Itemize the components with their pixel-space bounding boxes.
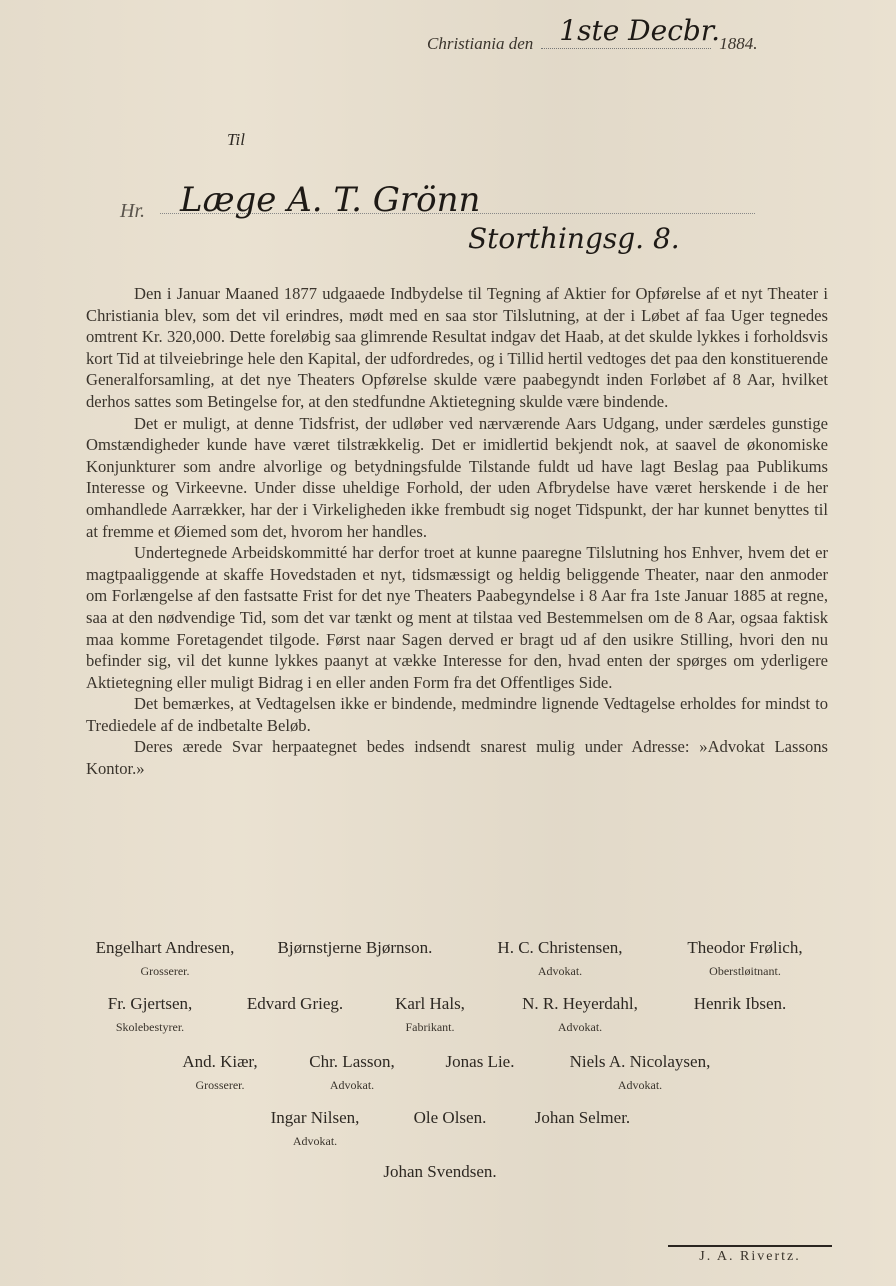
year-label: 1884.: [719, 34, 757, 53]
printer-imprint: J. A. Rivertz.: [668, 1249, 832, 1265]
letter-body: Den i Januar Maaned 1877 udgaaede Indbyd…: [86, 283, 828, 780]
signatory: And. Kiær,Grosserer.: [165, 1052, 275, 1093]
printer-rule: [668, 1245, 832, 1247]
signatory: N. R. Heyerdahl,Advokat.: [500, 994, 660, 1035]
paragraph: Det er muligt, at denne Tidsfrist, der u…: [86, 413, 828, 543]
signatory: Fr. Gjertsen,Skolebestyrer.: [90, 994, 210, 1035]
signatory: Engelhart Andresen,Grosserer.: [80, 938, 250, 979]
to-label: Til: [227, 130, 245, 150]
signatory: Karl Hals,Fabrikant.: [375, 994, 485, 1035]
signatory: Ole Olsen.: [395, 1108, 505, 1134]
paragraph: Det bemærkes, at Vedtagelsen ikke er bin…: [86, 693, 828, 736]
signatories: Engelhart Andresen,Grosserer. Bjørnstjer…: [70, 938, 860, 1198]
date-fill-line: 1ste Decbr.: [541, 34, 711, 49]
date-line: Christiania den1ste Decbr.1884.: [427, 34, 758, 54]
signatory: Niels A. Nicolaysen,Advokat.: [550, 1052, 730, 1093]
signatory: Ingar Nilsen,Advokat.: [255, 1108, 375, 1149]
signatory: Henrik Ibsen.: [675, 994, 805, 1020]
signatory: H. C. Christensen,Advokat.: [480, 938, 640, 979]
signatory: Johan Selmer.: [520, 1108, 645, 1134]
handwritten-recipient: Læge A. T. Grönn: [180, 180, 480, 220]
paragraph: Deres ærede Svar herpaategnet bedes inds…: [86, 736, 828, 779]
handwritten-date: 1ste Decbr.: [559, 14, 720, 47]
title-label: Hr.: [120, 200, 145, 223]
signatory: Edvard Grieg.: [235, 994, 355, 1020]
signatory: Bjørnstjerne Bjørnson.: [270, 938, 440, 964]
signatory: Jonas Lie.: [430, 1052, 530, 1078]
place-label: Christiania den: [427, 34, 533, 53]
paragraph: Den i Januar Maaned 1877 udgaaede Indbyd…: [86, 283, 828, 413]
signatory: Johan Svendsen.: [370, 1162, 510, 1188]
signatory: Chr. Lasson,Advokat.: [292, 1052, 412, 1093]
paragraph: Undertegnede Arbeidskommitté har derfor …: [86, 542, 828, 693]
signatory: Theodor Frølich,Oberstløitnant.: [670, 938, 820, 979]
handwritten-address: Storthingsg. 8.: [468, 222, 680, 255]
